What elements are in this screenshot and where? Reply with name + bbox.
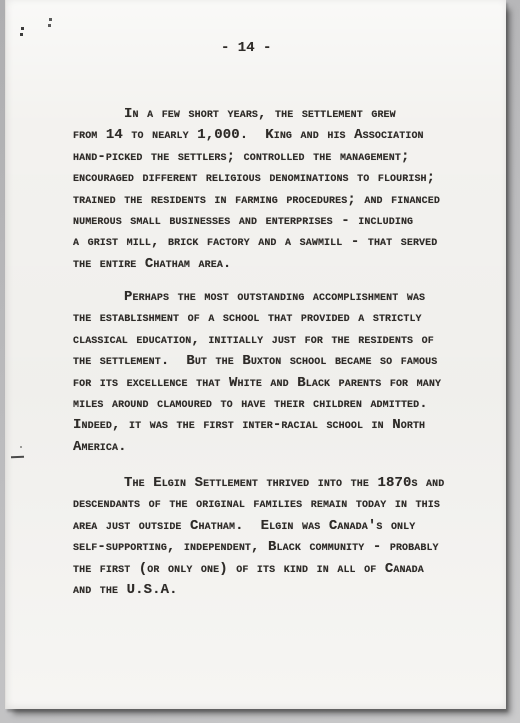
text-line: for its excellence that White and Black … — [73, 373, 441, 394]
text-line: encouraged different religious denominat… — [73, 168, 440, 189]
text-line: Indeed, it was the first inter-racial sc… — [73, 415, 441, 436]
text-line: a grist mill, brick factory and a sawmil… — [73, 232, 440, 253]
scan-colon-mark-1-icon — [21, 27, 24, 30]
text-line: In a few short years, the settlement gre… — [73, 104, 440, 125]
text-line: the establishment of a school that provi… — [73, 308, 441, 329]
text-line: hand-picked the settlers; controlled the… — [73, 147, 440, 168]
paragraph-3: The Elgin Settlement thrived into the 18… — [73, 473, 444, 601]
text-line: the settlement. But the Buxton school be… — [73, 351, 441, 372]
text-line: numerous small businesses and enterprise… — [73, 211, 440, 232]
text-line: The Elgin Settlement thrived into the 18… — [73, 473, 444, 494]
paragraph-2: Perhaps the most outstanding accomplishm… — [73, 287, 441, 458]
text-line: from 14 to nearly 1,000. King and his As… — [73, 125, 440, 146]
page-number: - 14 - — [221, 40, 271, 56]
text-line: America. — [73, 437, 441, 458]
text-line: area just outside Chatham. Elgin was Can… — [73, 516, 444, 537]
paragraph-1: In a few short years, the settlement gre… — [73, 104, 440, 275]
scan-colon-mark-2-icon — [49, 18, 52, 21]
text-line: the entire Chatham area. — [73, 254, 440, 275]
text-line: self-supporting, independent, Black comm… — [73, 537, 444, 558]
document-page: - 14 - In a few short years, the settlem… — [5, 0, 506, 709]
text-line: Perhaps the most outstanding accomplishm… — [73, 287, 441, 308]
text-line: and the U.S.A. — [73, 580, 444, 601]
text-line: trained the residents in farming procedu… — [73, 190, 440, 211]
text-line: classical education, initially just for … — [73, 330, 441, 351]
text-line: the first (or only one) of its kind in a… — [73, 559, 444, 580]
scan-speck-icon — [20, 446, 22, 448]
text-line: descendants of the original families rem… — [73, 494, 444, 515]
scan-dash-mark-icon — [11, 456, 24, 458]
text-line: miles around clamoured to have their chi… — [73, 394, 441, 415]
